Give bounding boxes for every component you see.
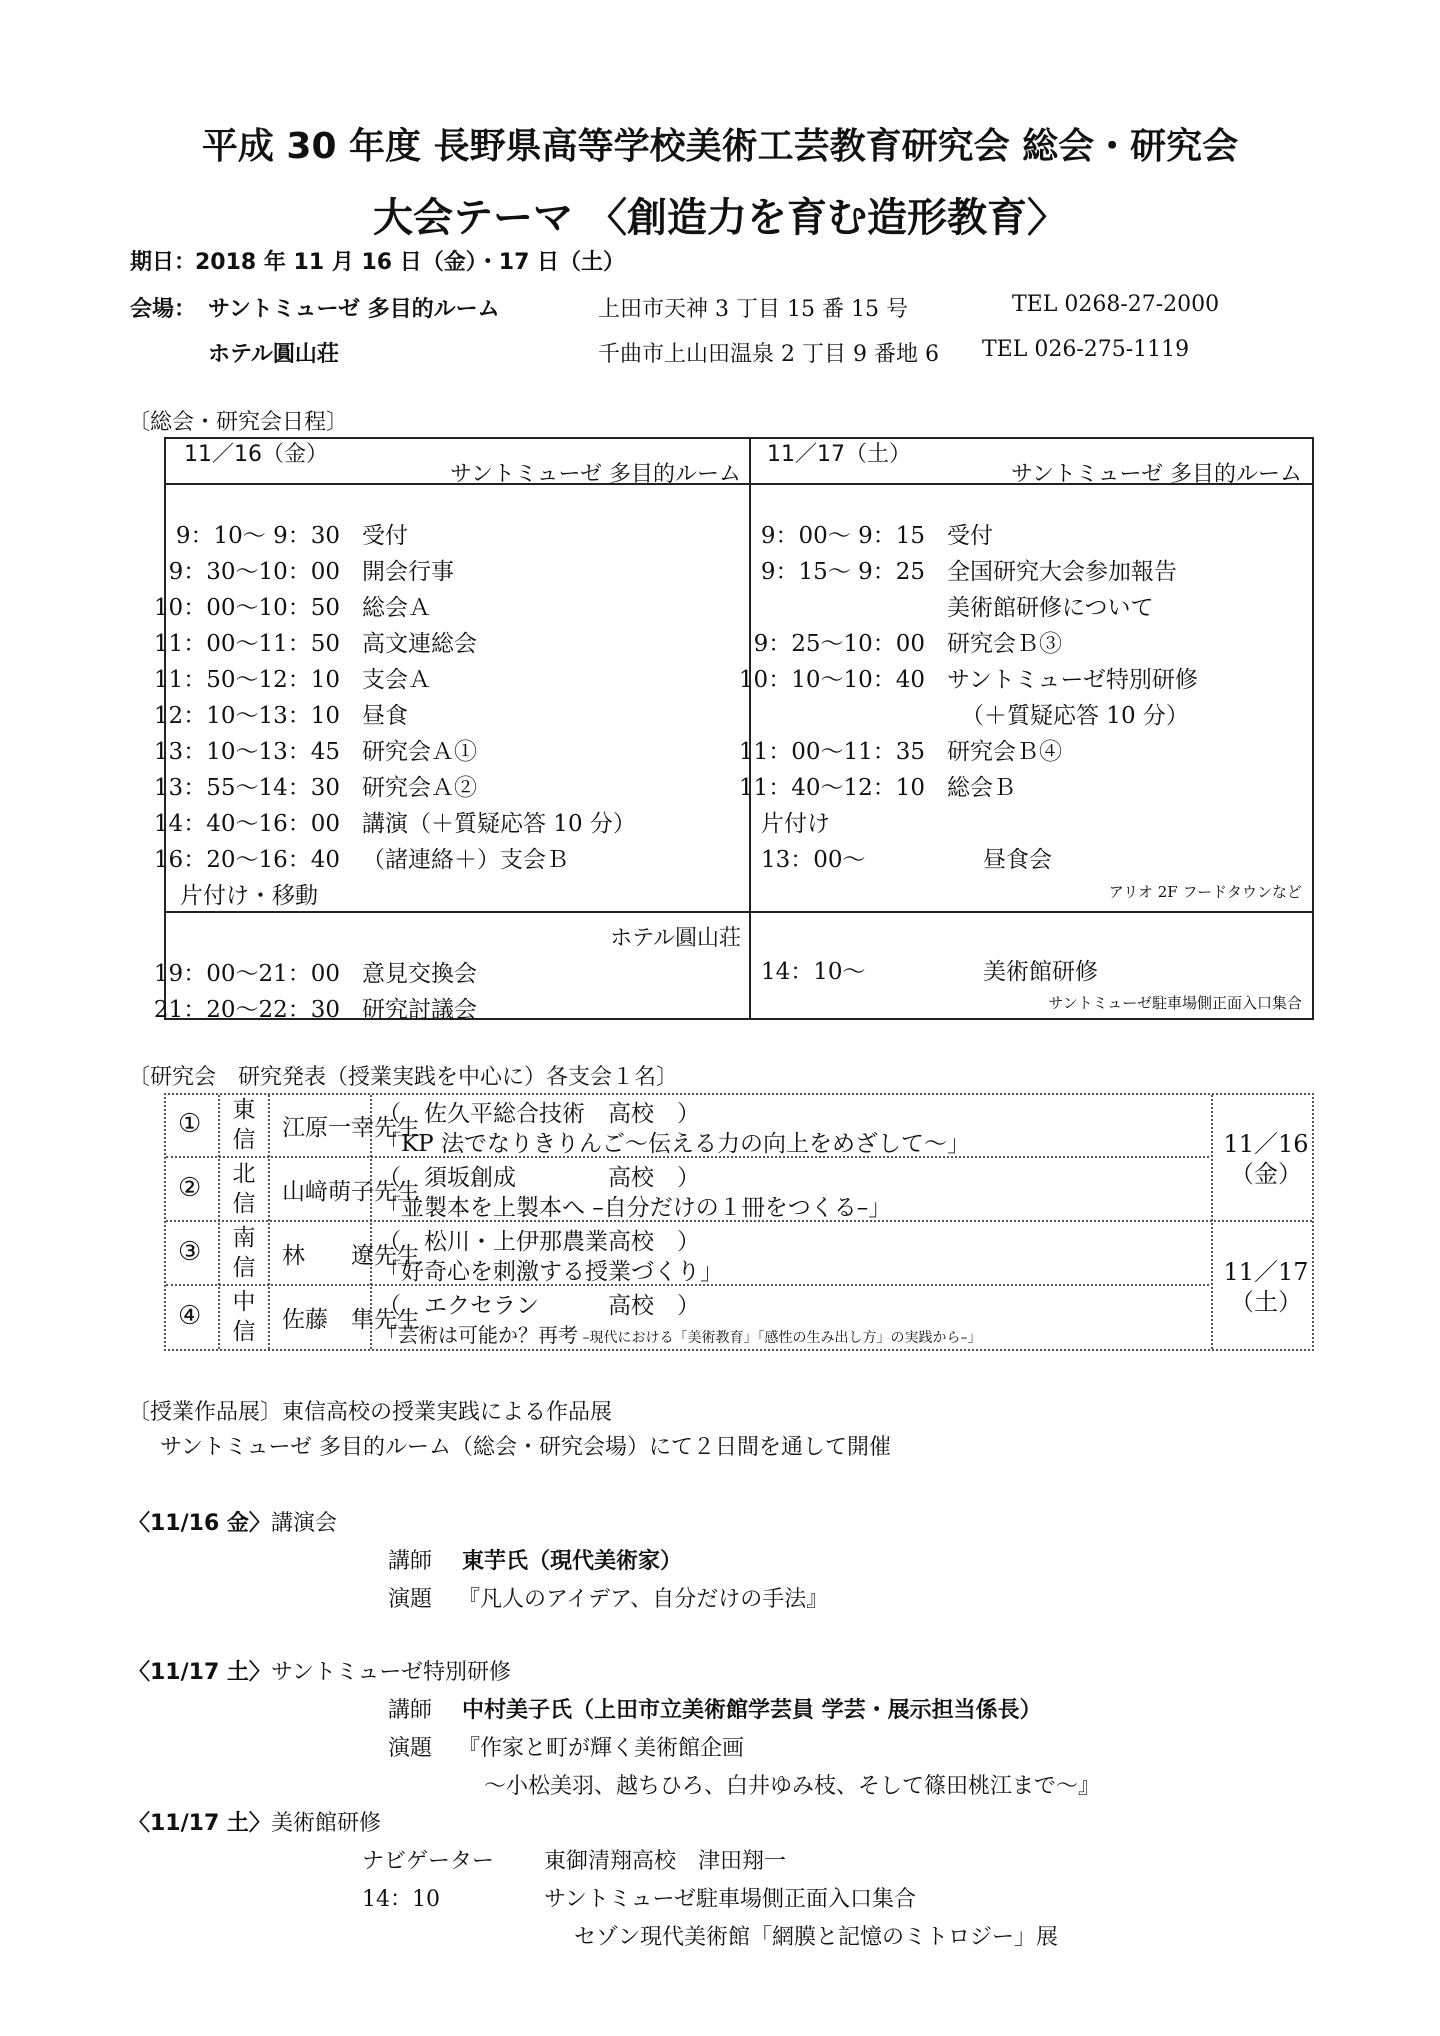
exhibition-label: 〔授業作品展〕東信高校の授業実践による作品展 [128,1395,612,1426]
presentation-number: ② [178,1173,201,1203]
lunch-event: 昼食会 [983,841,1052,874]
presentation-region: 南信 [220,1223,268,1283]
schedule-row: 9：00～ 9：15受付 [711,517,993,550]
special-topic-line1: 『作家と町が輝く美術館企画 [458,1731,744,1762]
venue-name-2: ホテル圓山荘 [208,337,339,368]
venue-tel-1: TEL 0268-27-2000 [1012,292,1219,317]
schedule-table: 11／16（金） サントミューゼ 多目的ルーム 9：10～ 9：30受付 9：3… [164,437,1314,1020]
day1-closing: 片付け・移動 [180,877,318,910]
schedule-row: 21：20～22：30研究討議会 [126,991,477,1024]
presenter-school: （ 佐久平総合技術 高校 ） [378,1095,700,1128]
column-divider [1211,1095,1213,1349]
schedule-row: 11：50～12：10支会Ａ [126,661,431,694]
day2-venue: サントミューゼ 多目的ルーム [1011,457,1302,488]
museum-exhibit: セゾン現代美術館「網膜と記憶のミトロジー」展 [574,1920,1058,1951]
presentation-region: 北信 [220,1159,268,1219]
schedule-row: 美術館研修について [711,589,1154,622]
schedule-row: 9：10～ 9：30受付 [126,517,408,550]
schedule-row: 19：00～21：00意見交換会 [126,955,477,988]
museum-note: サントミューゼ駐車場側正面入口集合 [1048,992,1302,1013]
presentation-region: 東信 [220,1095,268,1155]
venue-address-1: 上田市天神 3 丁目 15 番 15 号 [598,292,908,323]
day2-closing: 片付け [761,805,830,838]
document-title: 平成 30 年度 長野県高等学校美術工芸教育研究会 総会・研究会 [0,118,1440,169]
special-speaker-label: 講師 [388,1693,432,1724]
venue-address-2: 千曲市上山田温泉 2 丁目 9 番地 6 [598,337,939,368]
schedule-row: 9：15～ 9：25全国研究大会参加報告 [711,553,1177,586]
museum-time: 14：10 [362,1882,440,1913]
presentation-date-1: 11／16（金） [1221,1129,1311,1189]
day1-column: 11／16（金） サントミューゼ 多目的ルーム 9：10～ 9：30受付 9：3… [166,439,749,1018]
schedule-row: 9：30～10：00開会行事 [126,553,454,586]
navigator-name: 東御清翔高校 津田翔一 [544,1844,786,1875]
presentation-date-2: 11／17（土） [1221,1257,1311,1317]
schedule-row: 13：55～14：30研究会Ａ② [126,769,477,802]
presentation-title: 「芸術は可能か？再考 –現代における「美術教育」「感性の生み出し方」の実践から–… [378,1319,981,1348]
schedule-row: （＋質疑応答 10 分） [711,697,1189,730]
day2-column: 11／17（土） サントミューゼ 多目的ルーム 9：00～ 9：15受付 9：1… [751,439,1312,1018]
conference-theme: 大会テーマ 〈創造力を育む造形教育〉 [0,186,1440,243]
date-value: 2018 年 11 月 16 日（金）・17 日（土） [195,245,625,276]
lunch-note: アリオ 2F フードタウンなど [1109,881,1302,902]
presenter-school: （ 須坂創成 高校 ） [378,1159,700,1192]
presentation-number: ① [178,1109,201,1139]
venue-name-1: サントミューゼ 多目的ルーム [208,292,500,323]
presentations-table: ① 東信 江原一幸先生 （ 佐久平総合技術 高校 ） 「KP 法でなりきりんご～… [164,1093,1314,1351]
venue-label: 会場： [130,292,196,323]
museum-time: 14：10～ [761,953,866,986]
presenter-school: （ エクセラン 高校 ） [378,1287,700,1320]
exhibition-detail: サントミューゼ 多目的ルーム（総会・研究会場）にて２日間を通して開催 [160,1430,891,1461]
presentation-region: 中信 [220,1287,268,1347]
schedule-row: 9：25～10：00研究会Ｂ③ [711,625,1062,658]
lunch-time: 13：00～ [761,841,866,874]
schedule-row: 16：20～16：40（諸連絡＋）支会Ｂ [126,841,569,874]
navigator-label: ナビゲーター [362,1844,494,1875]
schedule-row: 10：00～10：50総会Ａ [126,589,431,622]
presenter-school: （ 松川・上伊那農業高校 ） [378,1223,700,1256]
lecture-topic: 『凡人のアイデア、自分だけの手法』 [458,1582,828,1613]
schedule-row: 11：00～11：35研究会Ｂ④ [711,733,1062,766]
museum-event: 美術館研修 [983,953,1098,986]
lecture-heading: 〈11/16 金〉講演会 [128,1506,337,1537]
schedule-section-label: 〔総会・研究会日程〕 [128,405,348,436]
special-heading: 〈11/17 土〉サントミューゼ特別研修 [128,1655,511,1686]
day1-date: 11／16（金） [184,437,328,468]
schedule-row: 11：40～12：10総会Ｂ [711,769,1016,802]
special-speaker: 中村美子氏（上田市立美術館学芸員 学芸・展示担当係長） [462,1693,1042,1724]
evening-venue: ホテル圓山荘 [610,921,741,952]
day2-date: 11／17（土） [767,437,911,468]
schedule-row: 12：10～13：10昼食 [126,697,408,730]
presentation-number: ④ [178,1301,201,1331]
lecture-speaker: 東芋氏（現代美術家） [462,1544,682,1575]
presentations-section-label: 〔研究会 研究発表（授業実践を中心に）各支会１名〕 [128,1060,678,1091]
lecture-topic-label: 演題 [388,1582,432,1613]
museum-meeting-point: サントミューゼ駐車場側正面入口集合 [544,1882,916,1913]
special-topic-line2: ～小松美羽、越ちひろ、白井ゆみ枝、そして篠田桃江まで～』 [484,1769,1100,1800]
special-topic-label: 演題 [388,1731,432,1762]
date-label: 期日： [130,245,196,276]
schedule-row: 13：10～13：45研究会Ａ① [126,733,477,766]
schedule-row: 14：40～16：00講演（＋質疑応答 10 分） [126,805,636,838]
museum-heading: 〈11/17 土〉美術館研修 [128,1806,381,1837]
column-divider [268,1095,270,1349]
presentation-title: 「並製本を上製本へ –自分だけの１冊をつくる–」 [378,1189,891,1222]
schedule-row: 11：00～11：50高文連総会 [126,625,477,658]
venue-tel-2: TEL 026-275-1119 [982,337,1189,362]
lecture-speaker-label: 講師 [388,1544,432,1575]
presentation-title: 「KP 法でなりきりんご～伝える力の向上をめざして～」 [378,1125,970,1158]
schedule-row: 10：10～10：40サントミューゼ特別研修 [711,661,1198,694]
day1-venue: サントミューゼ 多目的ルーム [450,457,741,488]
presentation-title: 「好奇心を刺激する授業づくり」 [378,1253,723,1286]
presentation-number: ③ [178,1237,201,1267]
